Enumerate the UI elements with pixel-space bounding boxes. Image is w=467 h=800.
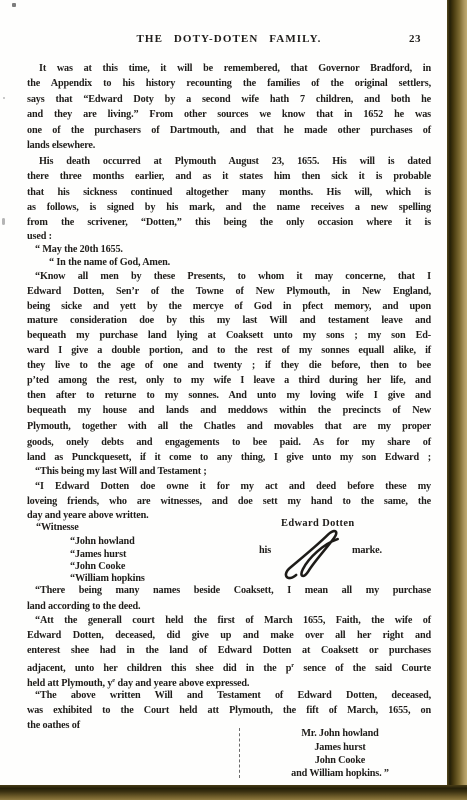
- text-line: lands elsewhere.: [27, 140, 431, 153]
- text-line: “I Edward Dotten doe owne it for my act …: [27, 481, 431, 494]
- text-line: says that “Edward Doty by a second wife …: [27, 94, 431, 107]
- scan-speck: [12, 3, 16, 7]
- signature-marke-label: marke.: [352, 545, 382, 556]
- text-line: loveing friends, who are witnesses, and …: [27, 496, 431, 509]
- text-line: Edward Dotten, Sen’r of the Towne of New…: [27, 286, 431, 299]
- oath-name: John Cooke: [240, 755, 440, 766]
- text-line: Edward Dotten, deceased, did give up and…: [27, 630, 431, 643]
- text-line: His death occurred at Plymouth August 23…: [27, 156, 431, 169]
- text-line: “This being my last Will and Testament ;: [27, 466, 431, 479]
- oath-name: and William hopkins. ”: [240, 768, 440, 779]
- page-edge-bottom: [0, 785, 467, 800]
- book-page-scan: THE DOTY-DOTEN FAMILY. 23 It was at this…: [0, 0, 467, 800]
- text-line: held att Plymouth, ye day and yeare abov…: [27, 675, 431, 691]
- running-head-title: THE DOTY-DOTEN FAMILY.: [27, 33, 431, 45]
- text-line: as follows, is signed by his mark, and t…: [27, 202, 431, 215]
- text-line: used :: [27, 231, 431, 244]
- text-line: day and yeare above written.: [27, 510, 431, 523]
- text-line: from the scrivener, “Dotten,” this being…: [27, 217, 431, 230]
- text-line: “Know all men by these Presents, to whom…: [27, 271, 431, 284]
- text-line: being sicke and yett by the mercye of Go…: [27, 301, 431, 314]
- witness-name: “John Cooke: [70, 561, 125, 572]
- page-edge-right: [447, 0, 467, 800]
- text-line: goods, onely debts and engagements to be…: [27, 437, 431, 450]
- text-line: ward I give a double portion, and to the…: [27, 345, 431, 358]
- scan-speck: [3, 97, 5, 99]
- scan-speck: [2, 218, 5, 225]
- text-line: p’ted among the rest, only to my wife I …: [27, 375, 431, 388]
- witness-name: “John howland: [70, 536, 135, 547]
- text-line: there three months earlier, and as it st…: [27, 171, 431, 184]
- text-line: “There being many names beside Coaksett,…: [27, 585, 431, 598]
- text-line: adjacent, unto her children this shee di…: [27, 660, 431, 676]
- text-line: was exhibited to the Court held att Plym…: [27, 705, 431, 718]
- text-segment: sence of the said Courte: [294, 663, 431, 674]
- text-segment: day and yeare above expressed.: [115, 678, 249, 689]
- oath-name: James hurst: [240, 742, 440, 753]
- text-line: then after to returne to my sonnes. And …: [27, 390, 431, 403]
- text-line: “ May the 20th 1655.: [27, 244, 431, 257]
- signature-his-label: his: [259, 545, 271, 556]
- witness-name: “William hopkins: [70, 573, 145, 584]
- text-line: Plymouth, together with all the Chatles …: [27, 421, 431, 434]
- text-line: one of the purchasers of Dartmouth, and …: [27, 125, 431, 138]
- text-line: land as Punckquesett, if it come to any …: [27, 452, 431, 465]
- text-line: It was at this time, it will be remember…: [27, 63, 431, 76]
- witness-name: “James hurst: [70, 549, 126, 560]
- scribal-mark-icon: [283, 524, 349, 590]
- text-line: the Appendix to his history recounting t…: [27, 78, 431, 91]
- text-line: enterest shee had in the land of Edward …: [27, 645, 431, 658]
- witness-heading: “Witnesse: [36, 522, 79, 533]
- text-line: they live to the age of one and twenty ;…: [27, 360, 431, 373]
- text-line: bequeath my purchase land lying at Coaks…: [27, 330, 431, 343]
- text-segment: adjacent, unto her children this shee di…: [27, 663, 291, 674]
- text-line: “The above written Will and Testament of…: [27, 690, 431, 703]
- text-line: “ In the name of God, Amen.: [27, 257, 431, 270]
- text-line: land according to the deed.: [27, 601, 431, 614]
- oath-name: Mr. John howland: [240, 728, 440, 739]
- text-line: mature consideration doe by this my last…: [27, 315, 431, 328]
- text-line: bequeath my house and lands and meddows …: [27, 405, 431, 418]
- page-number: 23: [409, 33, 421, 45]
- text-line: and they are living.” From other sources…: [27, 109, 431, 122]
- text-line: that his sickness continued altogether m…: [27, 187, 431, 200]
- text-line: “Att the generall court held the first o…: [27, 615, 431, 628]
- text-segment: held att Plymouth, y: [27, 678, 112, 689]
